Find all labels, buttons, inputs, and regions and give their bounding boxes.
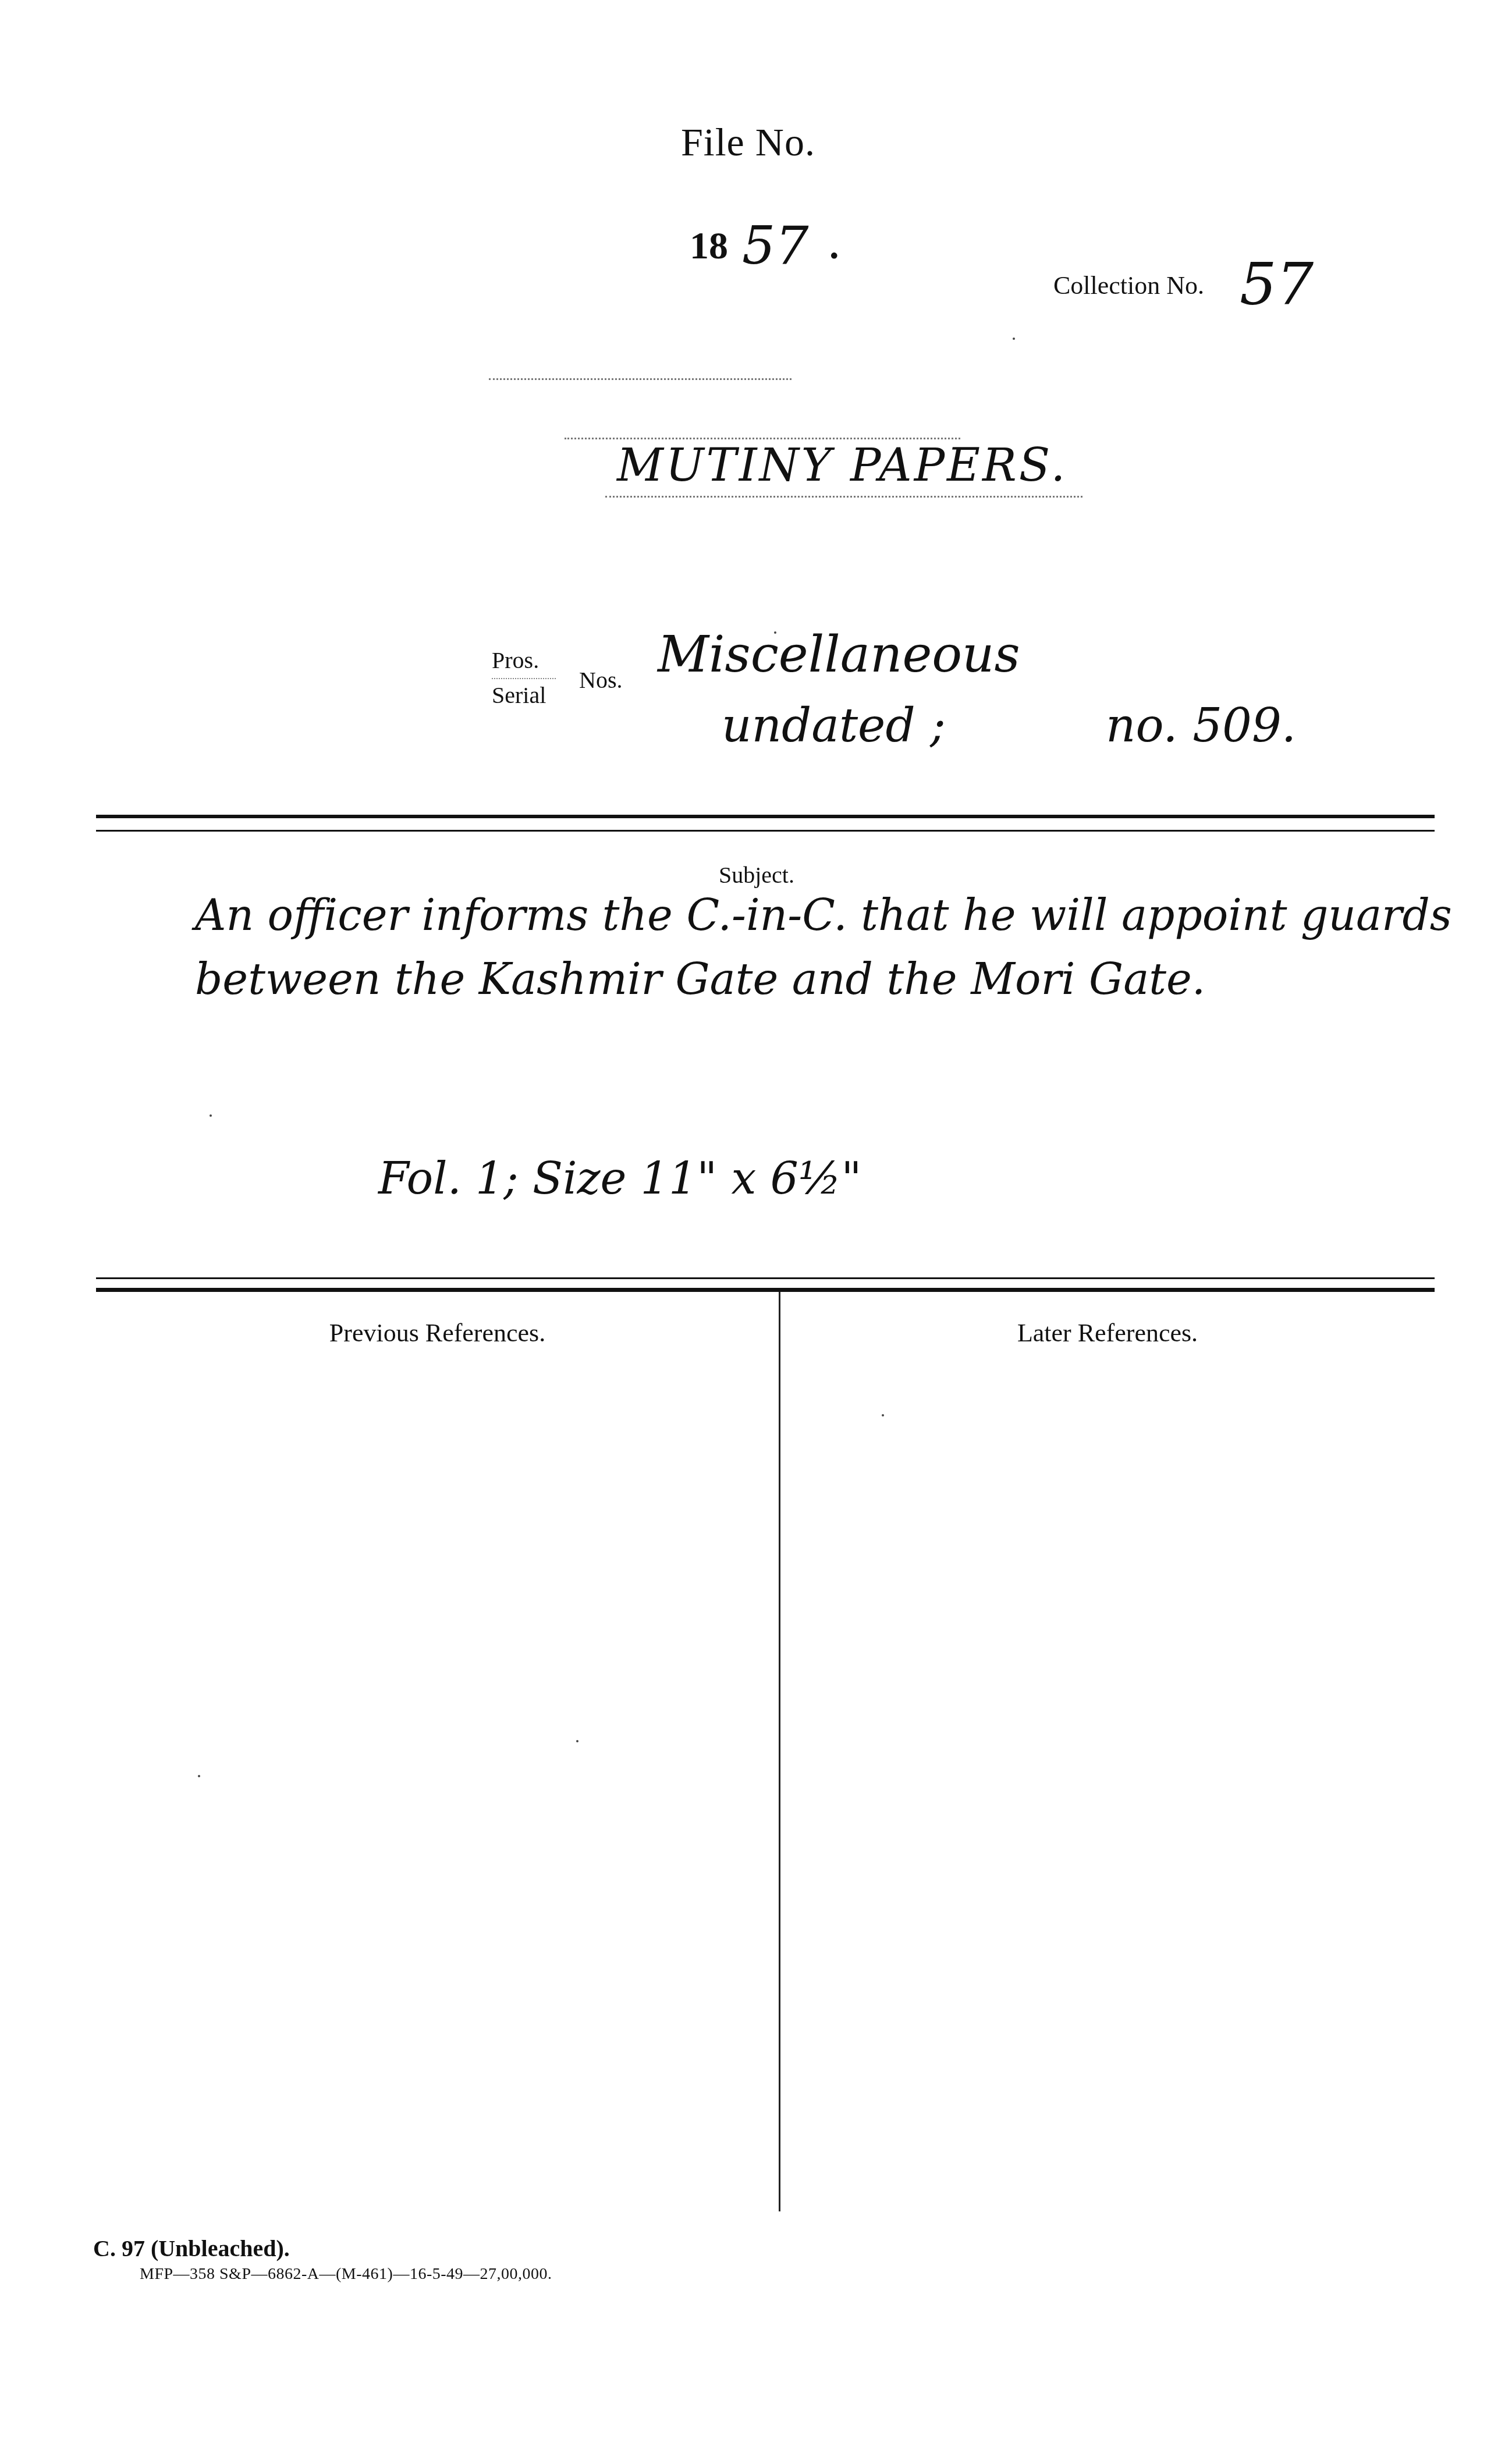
dotted-line [605, 496, 1082, 498]
nos-value-line1: Miscellaneous [658, 626, 1020, 684]
folio-size-note: Fol. 1; Size 11" x 6½" [378, 1152, 861, 1204]
scan-speck [1013, 338, 1015, 340]
nos-value-serial-number: no. 509. [1106, 698, 1296, 752]
later-references-heading: Later References. [780, 1318, 1435, 1348]
previous-references-heading: Previous References. [96, 1318, 779, 1348]
nos-value-line2: undated ; [722, 698, 946, 752]
nos-label: Nos. [579, 666, 622, 694]
file-year-suffix: . [829, 224, 839, 268]
collection-title: MUTINY PAPERS. [617, 439, 1067, 492]
scan-speck [774, 631, 776, 634]
scan-speck [198, 1775, 200, 1777]
file-year-printed: 18 [690, 224, 728, 268]
fraction-divider [492, 678, 556, 679]
section-rule [96, 830, 1435, 832]
subject-text-line1: An officer informs the C.-in-C. that he … [195, 890, 1452, 940]
column-divider [779, 1292, 780, 2211]
pros-label: Pros. [492, 649, 539, 672]
print-code: MFP—358 S&P—6862-A—(M-461)—16-5-49—27,00… [140, 2265, 552, 2284]
collection-label: Collection No. [1053, 271, 1204, 300]
section-rule [96, 815, 1435, 818]
subject-label: Subject. [698, 861, 815, 889]
subject-text-line2: between the Kashmir Gate and the Mori Ga… [195, 954, 1205, 1004]
file-no-label: File No. [681, 119, 815, 165]
serial-label: Serial [492, 684, 546, 707]
collection-value: 57 [1240, 250, 1314, 318]
scan-speck [210, 1114, 212, 1117]
file-year-handwritten: 57 [742, 215, 809, 276]
scan-speck [882, 1414, 884, 1416]
form-code: C. 97 (Unbleached). [93, 2235, 290, 2262]
section-rule [96, 1288, 1435, 1292]
section-rule [96, 1277, 1435, 1279]
scan-speck [576, 1740, 578, 1742]
dotted-line [489, 378, 792, 380]
